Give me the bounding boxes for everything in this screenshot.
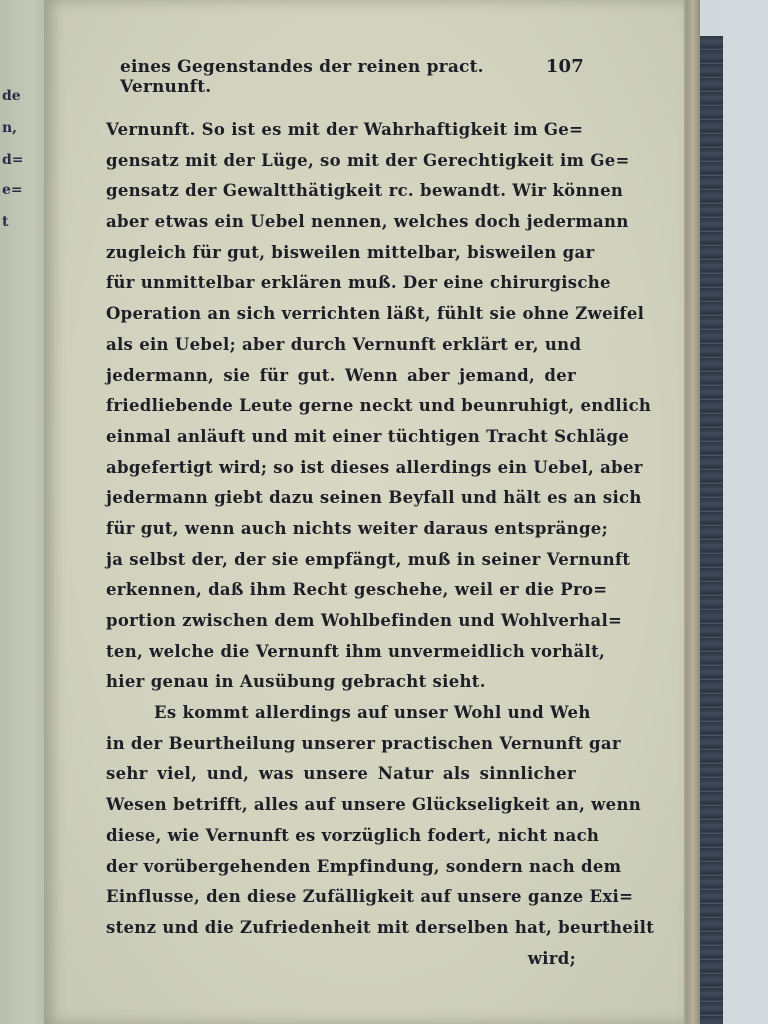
text-line: portion zwischen dem Wohlbefinden und Wo… [106, 606, 576, 637]
page-text-block: eines Gegenstandes der reinen pract. Ver… [106, 50, 576, 974]
text-line: Es kommt allerdings auf unser Wohl und W… [106, 698, 576, 729]
left-page-fragment: d= [2, 152, 24, 168]
text-line: Vernunft. So ist es mit der Wahrhaftigke… [106, 115, 576, 146]
page-number: 107 [546, 56, 584, 77]
text-line: abgefertigt wird; so ist dieses allerdin… [106, 453, 576, 484]
text-line: ja selbst der, der sie empfängt, muß in … [106, 545, 576, 576]
text-line: gensatz der Gewaltthätigkeit rc. bewandt… [106, 176, 576, 207]
text-line: friedliebende Leute gerne neckt und beun… [106, 391, 576, 422]
text-line: für gut, wenn auch nichts weiter daraus … [106, 514, 576, 545]
text-line: ten, welche die Vernunft ihm unvermeidli… [106, 637, 576, 668]
catchword: wird; [106, 944, 576, 975]
text-line: Operation an sich verrichten läßt, fühlt… [106, 299, 576, 330]
left-page-fragment: n, [2, 120, 17, 136]
text-line: Einflusse, den diese Zufälligkeit auf un… [106, 882, 576, 913]
text-line: für unmittelbar erklären muß. Der eine c… [106, 268, 576, 299]
right-page: eines Gegenstandes der reinen pract. Ver… [44, 0, 684, 1024]
text-line: hier genau in Ausübung gebracht sieht. [106, 667, 576, 698]
text-line: aber etwas ein Uebel nennen, welches doc… [106, 207, 576, 238]
text-line: in der Beurtheilung unserer practischen … [106, 729, 576, 760]
left-page-fragment: de [2, 88, 21, 104]
left-page-fragment: e= [2, 182, 23, 198]
text-line: jedermann giebt dazu seinen Beyfall und … [106, 483, 576, 514]
running-head: eines Gegenstandes der reinen pract. Ver… [120, 50, 576, 97]
text-line: Wesen betrifft, alles auf unsere Glückse… [106, 790, 576, 821]
text-line: der vorübergehenden Empfindung, sondern … [106, 852, 576, 883]
text-line: stenz und die Zufriedenheit mit derselbe… [106, 913, 576, 944]
paragraph-1: Vernunft. So ist es mit der Wahrhaftigke… [106, 115, 576, 698]
text-line: als ein Uebel; aber durch Vernunft erklä… [106, 330, 576, 361]
running-head-title: eines Gegenstandes der reinen pract. Ver… [120, 57, 546, 97]
text-line: gensatz mit der Lüge, so mit der Gerecht… [106, 146, 576, 177]
text-line: diese, wie Vernunft es vorzüglich fodert… [106, 821, 576, 852]
text-line: jedermann, sie für gut. Wenn aber jemand… [106, 361, 576, 392]
paragraph-2: Es kommt allerdings auf unser Wohl und W… [106, 698, 576, 944]
left-page-fragment: t [2, 214, 8, 230]
text-line: erkennen, daß ihm Recht geschehe, weil e… [106, 575, 576, 606]
text-line: einmal anläuft und mit einer tüchtigen T… [106, 422, 576, 453]
text-line: zugleich für gut, bisweilen mittelbar, b… [106, 238, 576, 269]
text-line: sehr viel, und, was unsere Natur als sin… [106, 759, 576, 790]
